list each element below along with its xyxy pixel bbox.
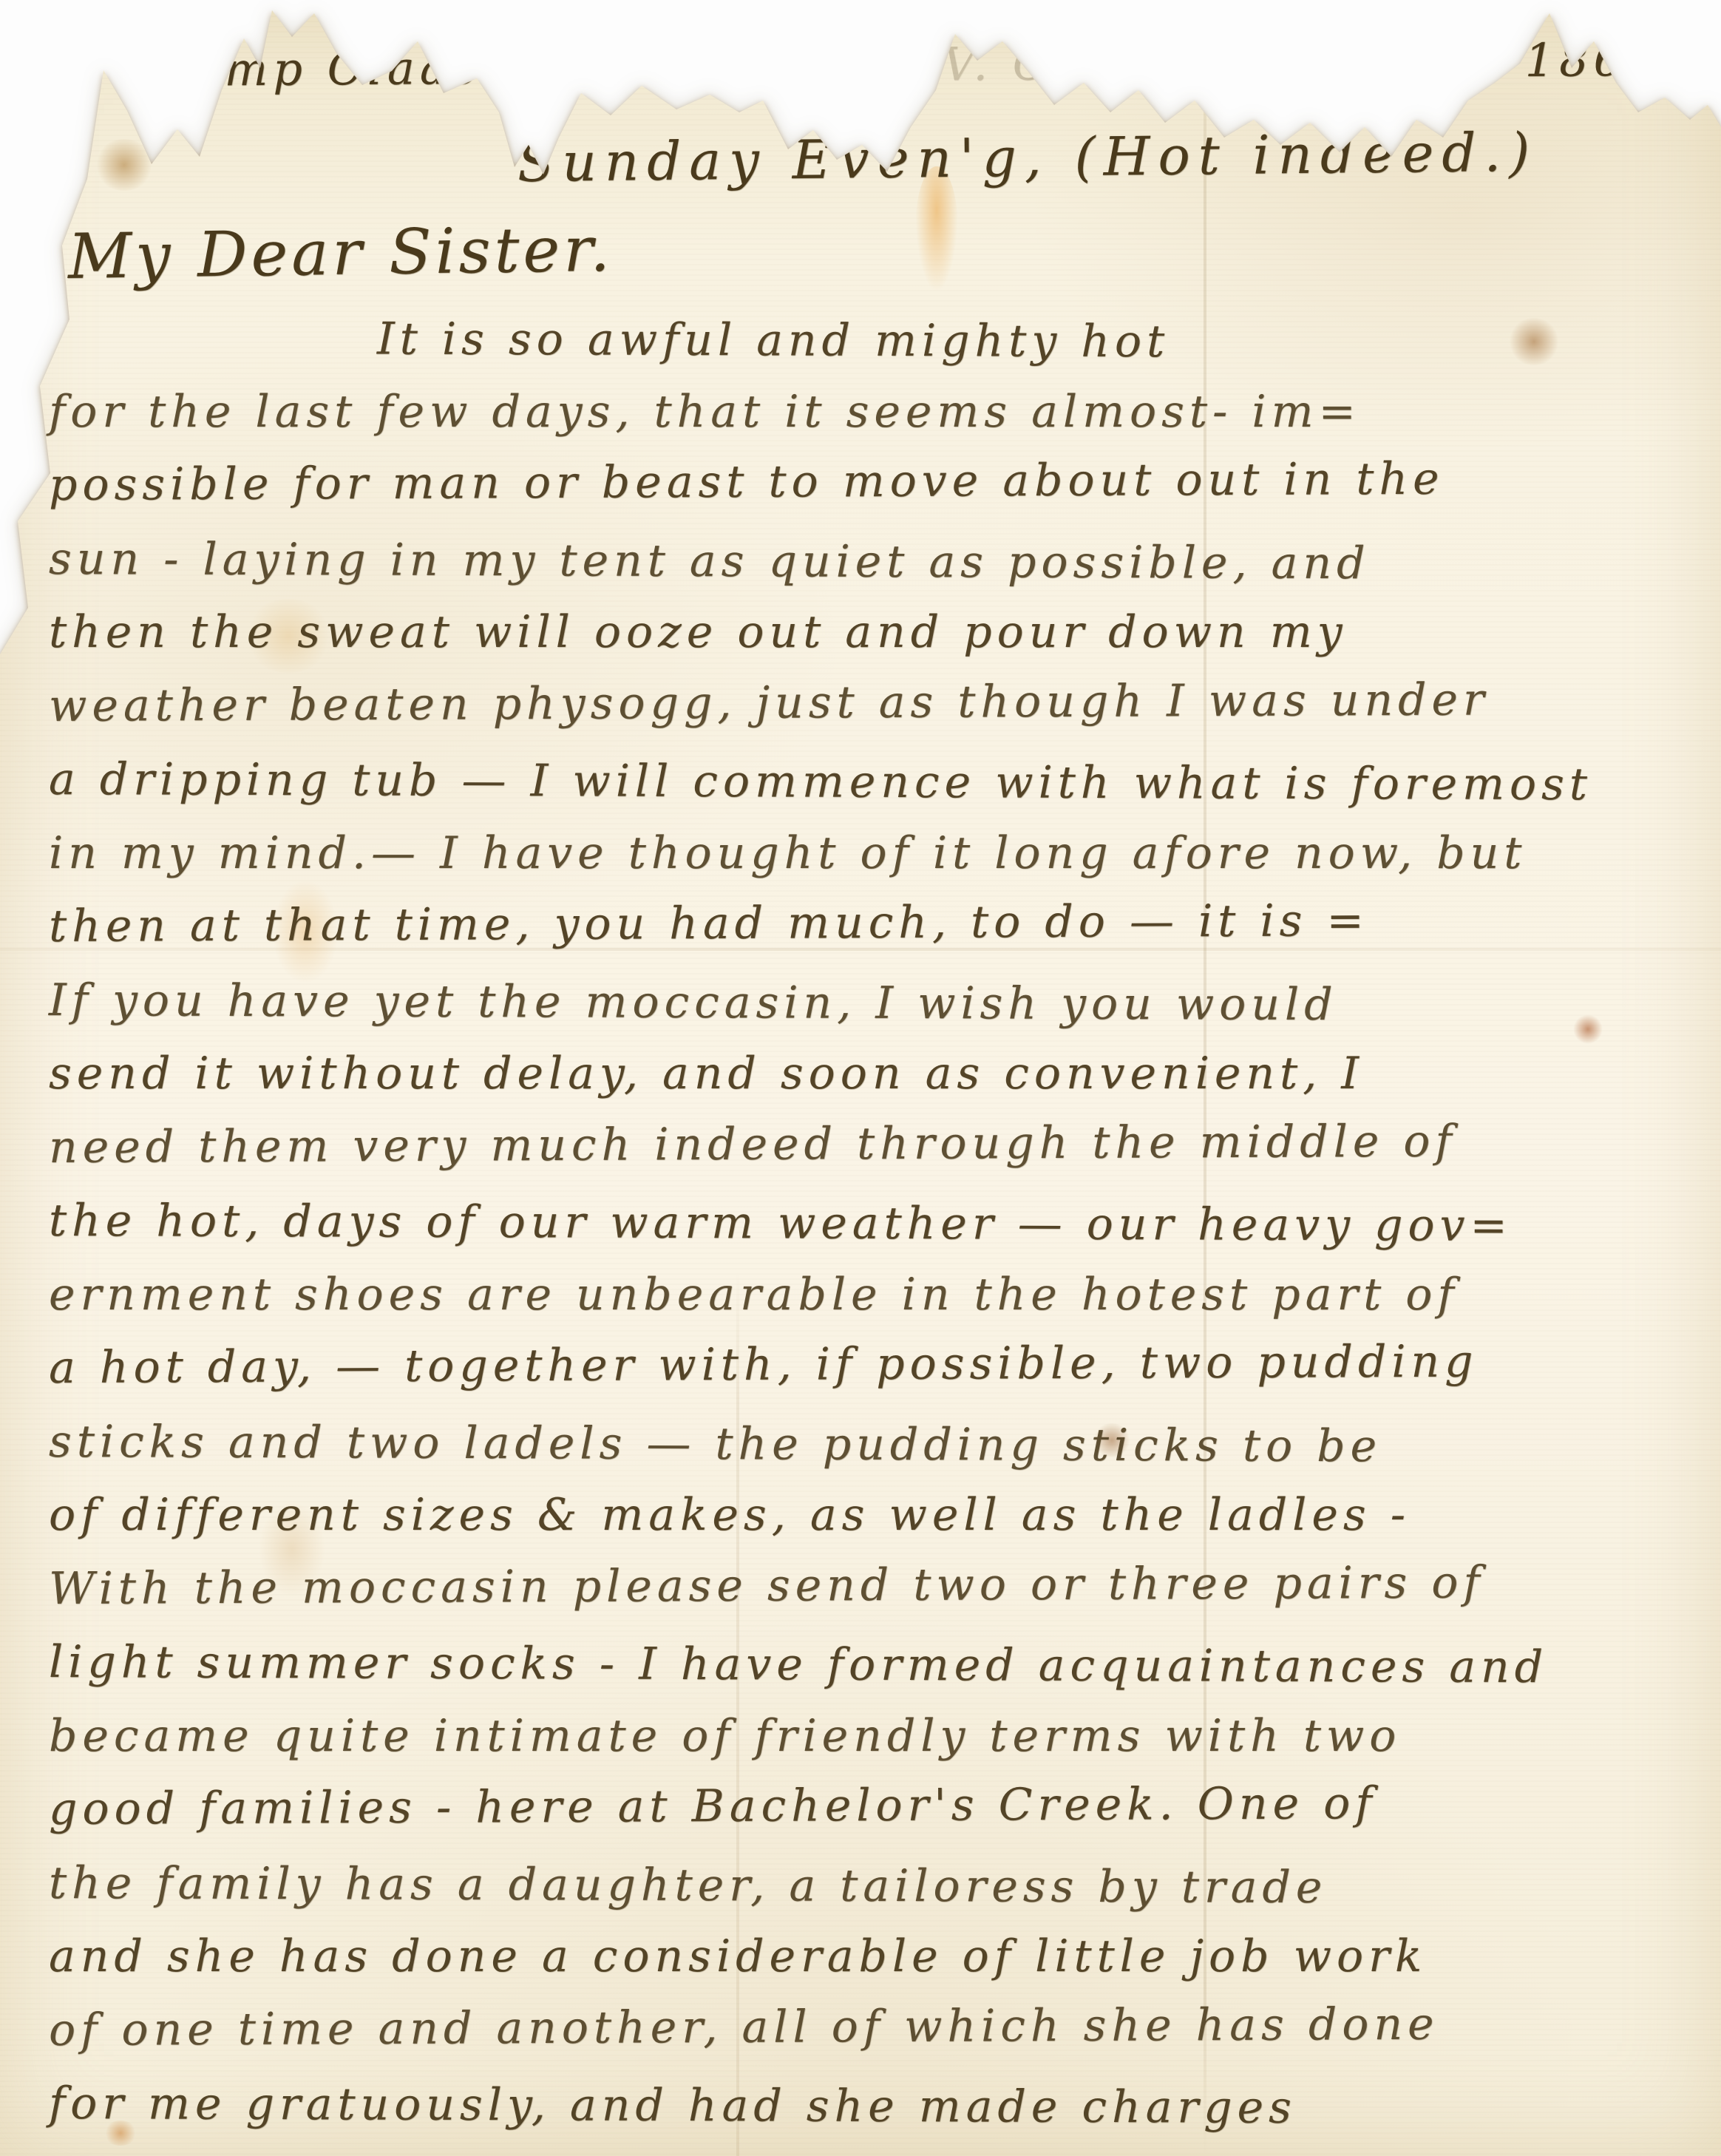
letter-line: send it without delay, and soon as conve… — [49, 1037, 1705, 1111]
letter-line: good families - here at Bachelor's Creek… — [49, 1766, 1705, 1846]
heading-dateline: Camp Claassen 132d (N.Y.S.V. Compy, June… — [152, 33, 1683, 97]
salutation: My Dear Sister. — [67, 213, 614, 293]
letter-body: It is so awful and mighty hotfor the las… — [49, 302, 1705, 2141]
letter-line: weather beaten physogg, just as though I… — [49, 662, 1705, 743]
letter-line: With the moccasin please send two or thr… — [49, 1545, 1705, 1626]
stain — [95, 139, 154, 191]
letter-line: for me gratuously, and had she made char… — [49, 2067, 1705, 2146]
letter-line: then at that time, you had much, to do —… — [49, 883, 1705, 963]
letter-line: of one time and another, all of which sh… — [49, 1987, 1705, 2067]
letter-paper-torn-edge: Camp Claassen 132d (N.Y.S.V. Compy, June… — [0, 0, 1721, 2156]
letter-line: possible for man or beast to move about … — [49, 441, 1705, 522]
letter-line: It is so awful and mighty hot — [49, 302, 1705, 381]
paper-shadow: Camp Claassen 132d (N.Y.S.V. Compy, June… — [0, 0, 1721, 2156]
letter-line: of different sizes & makes, as well as t… — [49, 1479, 1705, 1553]
letter-line: then the sweat will ooze out and pour do… — [49, 596, 1705, 670]
letter-line: need them very much indeed through the m… — [49, 1104, 1705, 1184]
scanned-letter-page: Camp Claassen 132d (N.Y.S.V. Compy, June… — [0, 0, 1721, 2156]
letter-line: sun - laying in my tent as quiet as poss… — [49, 523, 1705, 602]
letter-line: a hot day, — together with, if possible,… — [49, 1324, 1705, 1405]
letter-line: became quite intimate of friendly terms … — [49, 1700, 1705, 1774]
letter-line: If you have yet the moccasin, I wish you… — [49, 964, 1705, 1043]
letter-line: a dripping tub — I will commence with wh… — [49, 743, 1705, 822]
letter-line: and she has done a considerable of littl… — [49, 1920, 1705, 1994]
heading-day-note: Sunday Even'g, (Hot indeed.) — [517, 121, 1538, 194]
letter-line: light summer socks - I have formed acqua… — [49, 1626, 1705, 1705]
letter-line: in my mind.— I have thought of it long a… — [49, 817, 1705, 891]
letter-line: the family has a daughter, a tailoress b… — [49, 1847, 1705, 1926]
letter-line: sticks and two ladels — the pudding stic… — [49, 1406, 1705, 1485]
letter-line: for the last few days, that it seems alm… — [49, 376, 1705, 450]
letter-line: the hot, days of our warm weather — our … — [49, 1184, 1705, 1264]
letter-line: ernment shoes are unbearable in the hote… — [49, 1258, 1705, 1332]
